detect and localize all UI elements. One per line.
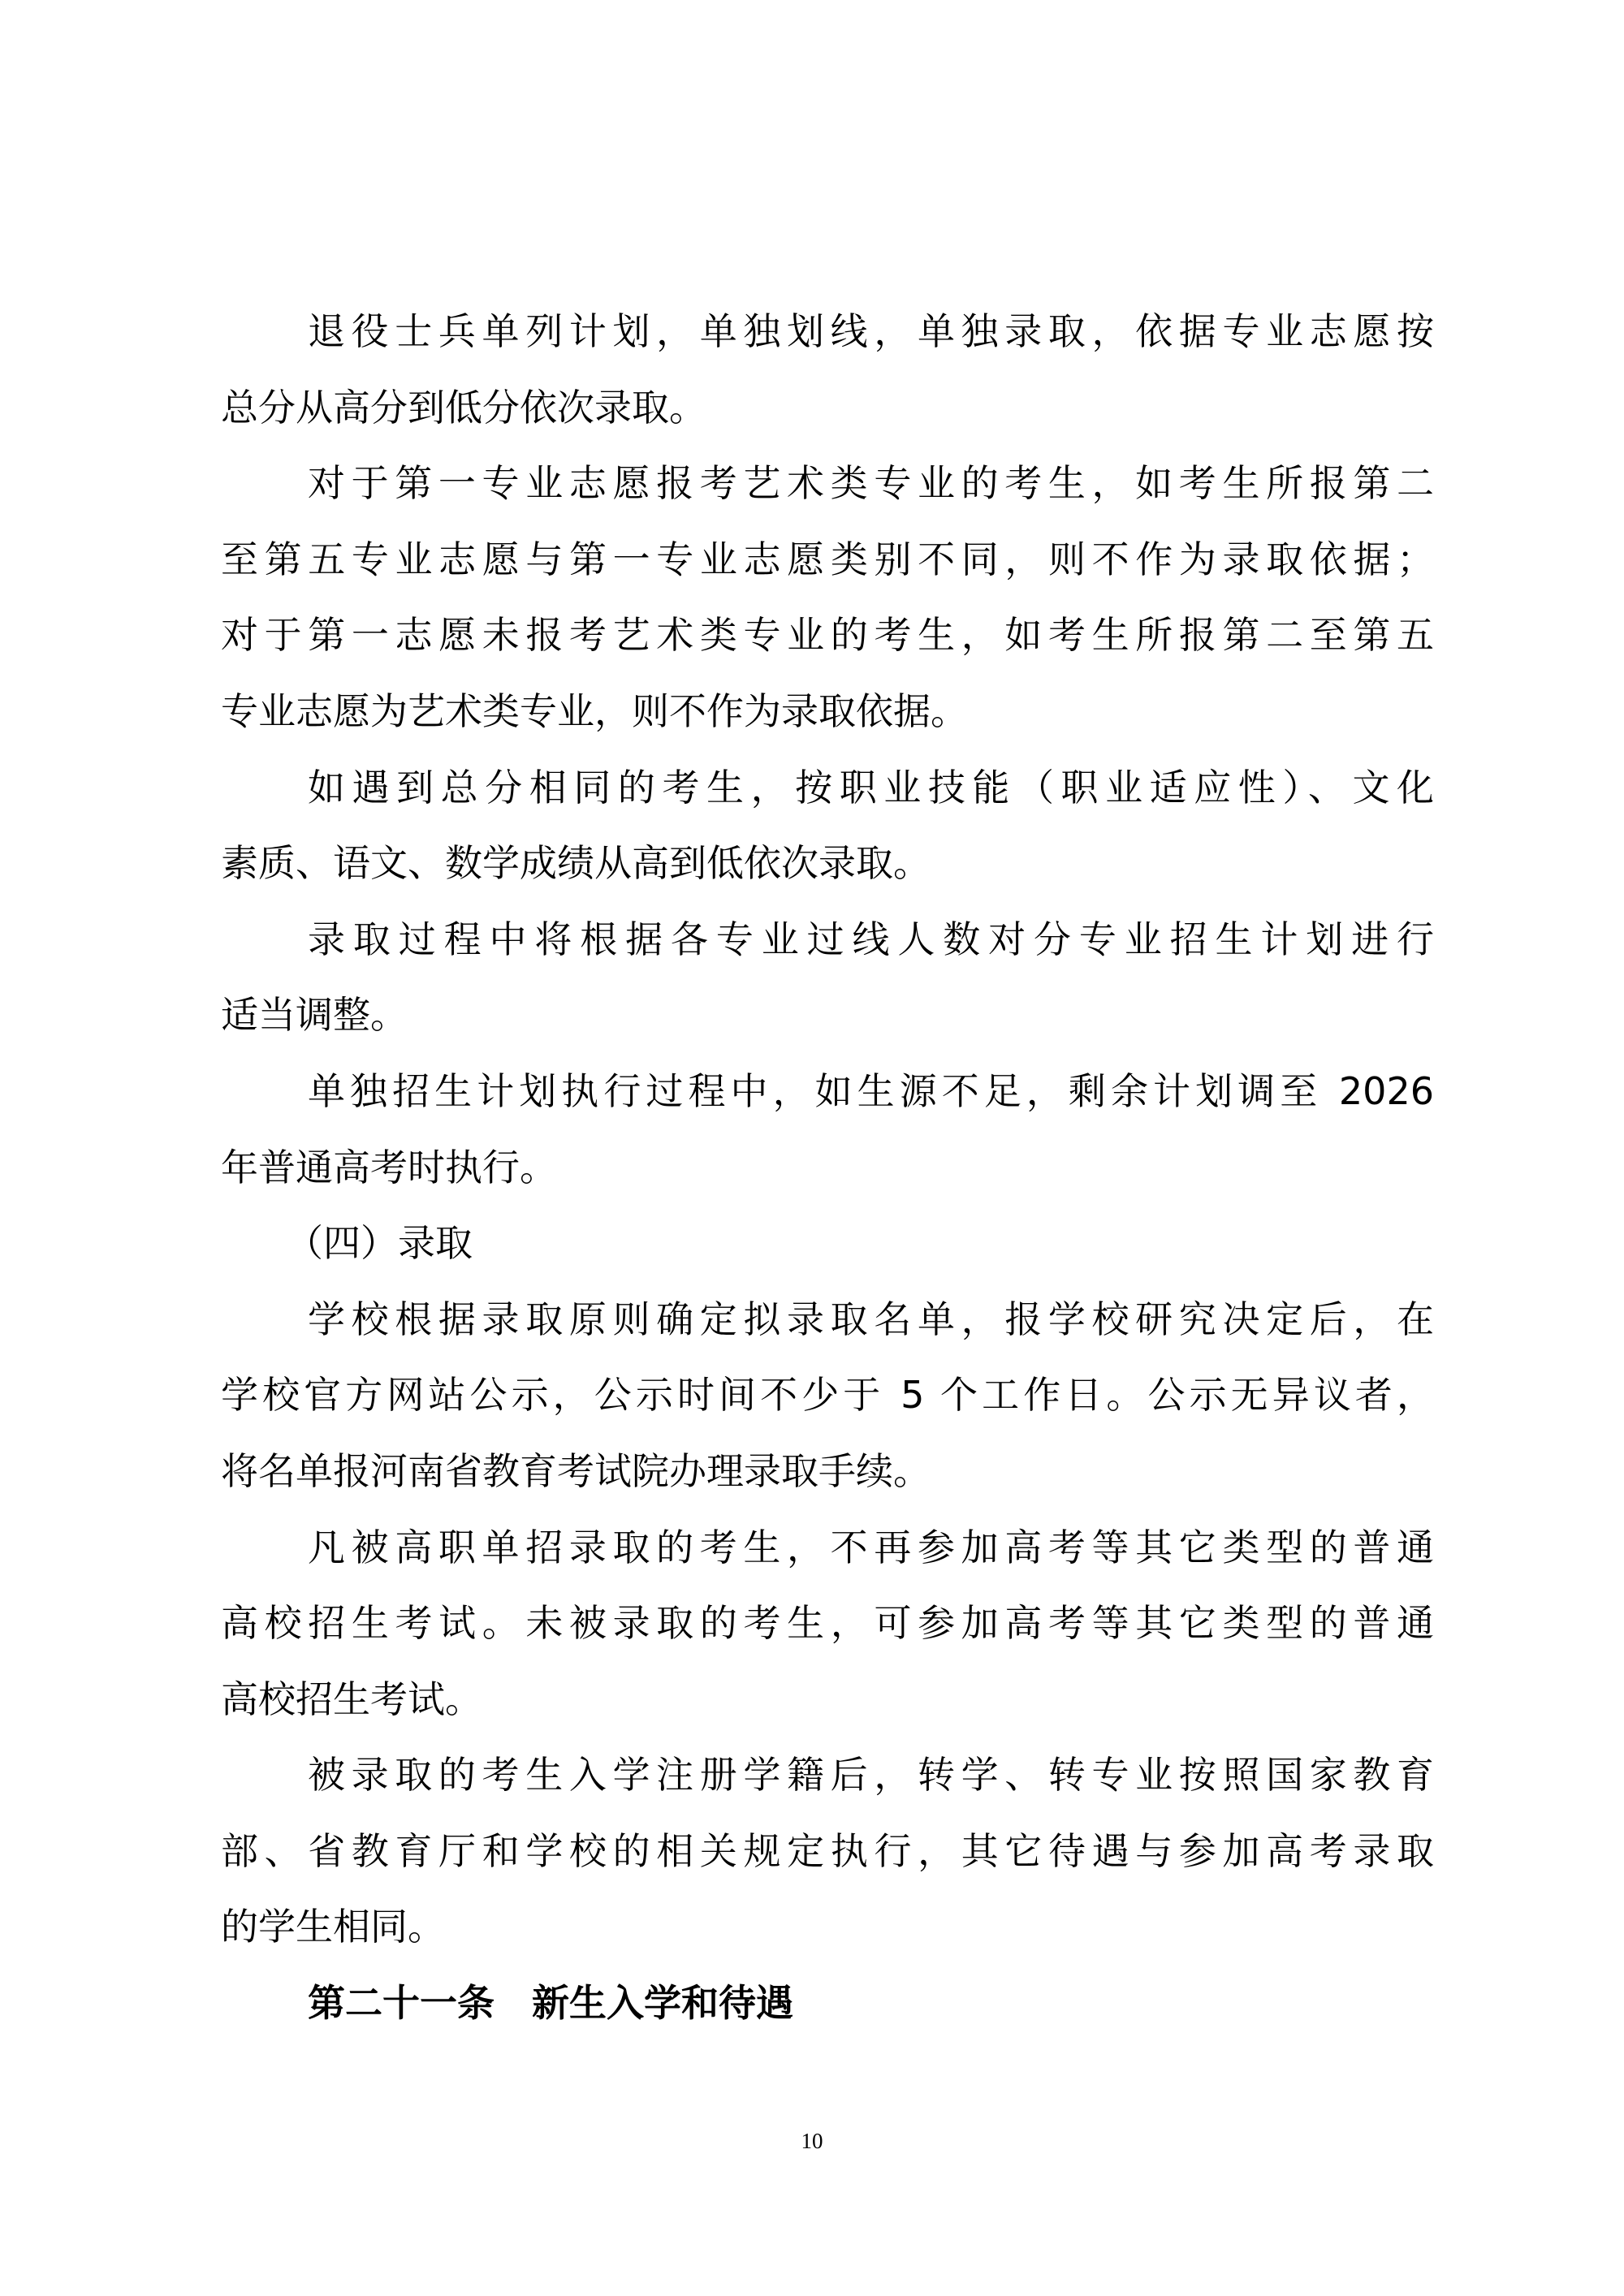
paragraph-line: 高校招生考试。 <box>221 1662 1434 1738</box>
paragraph-line: 学校根据录取原则确定拟录取名单，报学校研究决定后，在 <box>221 1282 1434 1358</box>
paragraph-line: 学校官方网站公示，公示时间不少于 5 个工作日。公示无异议者， <box>221 1357 1434 1434</box>
paragraph-line: 录取过程中将根据各专业过线人数对分专业招生计划进行 <box>221 902 1434 978</box>
paragraph-line: 部、省教育厅和学校的相关规定执行，其它待遇与参加高考录取 <box>221 1814 1434 1890</box>
paragraph-line: 高校招生考试。未被录取的考生，可参加高考等其它类型的普通 <box>221 1586 1434 1662</box>
paragraph-line: 对于第一志愿未报考艺术类专业的考生，如考生所报第二至第五 <box>221 598 1434 674</box>
document-page: 退役士兵单列计划，单独划线，单独录取，依据专业志愿按 总分从高分到低分依次录取。… <box>0 0 1624 2296</box>
document-body: 退役士兵单列计划，单独划线，单独录取，依据专业志愿按 总分从高分到低分依次录取。… <box>221 294 1434 2042</box>
paragraph-line: 对于第一专业志愿报考艺术类专业的考生，如考生所报第二 <box>221 446 1434 522</box>
paragraph-line: 将名单报河南省教育考试院办理录取手续。 <box>221 1434 1434 1510</box>
paragraph-line: 适当调整。 <box>221 978 1434 1054</box>
article-heading: 第二十一条 新生入学和待遇 <box>221 1966 1434 2042</box>
paragraph-line: 被录取的考生入学注册学籍后，转学、转专业按照国家教育 <box>221 1737 1434 1814</box>
paragraph-line: 素质、语文、数学成绩从高到低依次录取。 <box>221 826 1434 902</box>
paragraph-line: 总分从高分到低分依次录取。 <box>221 370 1434 447</box>
paragraph-line: 如遇到总分相同的考生，按职业技能（职业适应性）、文化 <box>221 750 1434 826</box>
paragraph-line: 年普通高考时执行。 <box>221 1130 1434 1206</box>
paragraph-line: 凡被高职单招录取的考生，不再参加高考等其它类型的普通 <box>221 1510 1434 1586</box>
section-subheading: （四）录取 <box>221 1206 1434 1282</box>
page-number: 10 <box>0 2129 1624 2154</box>
paragraph-line: 单独招生计划执行过程中，如生源不足，剩余计划调至 2026 <box>221 1054 1434 1130</box>
paragraph-line: 的学生相同。 <box>221 1889 1434 1966</box>
paragraph-line: 专业志愿为艺术类专业，则不作为录取依据。 <box>221 674 1434 750</box>
paragraph-line: 退役士兵单列计划，单独划线，单独录取，依据专业志愿按 <box>221 294 1434 370</box>
paragraph-line: 至第五专业志愿与第一专业志愿类别不同，则不作为录取依据； <box>221 522 1434 598</box>
